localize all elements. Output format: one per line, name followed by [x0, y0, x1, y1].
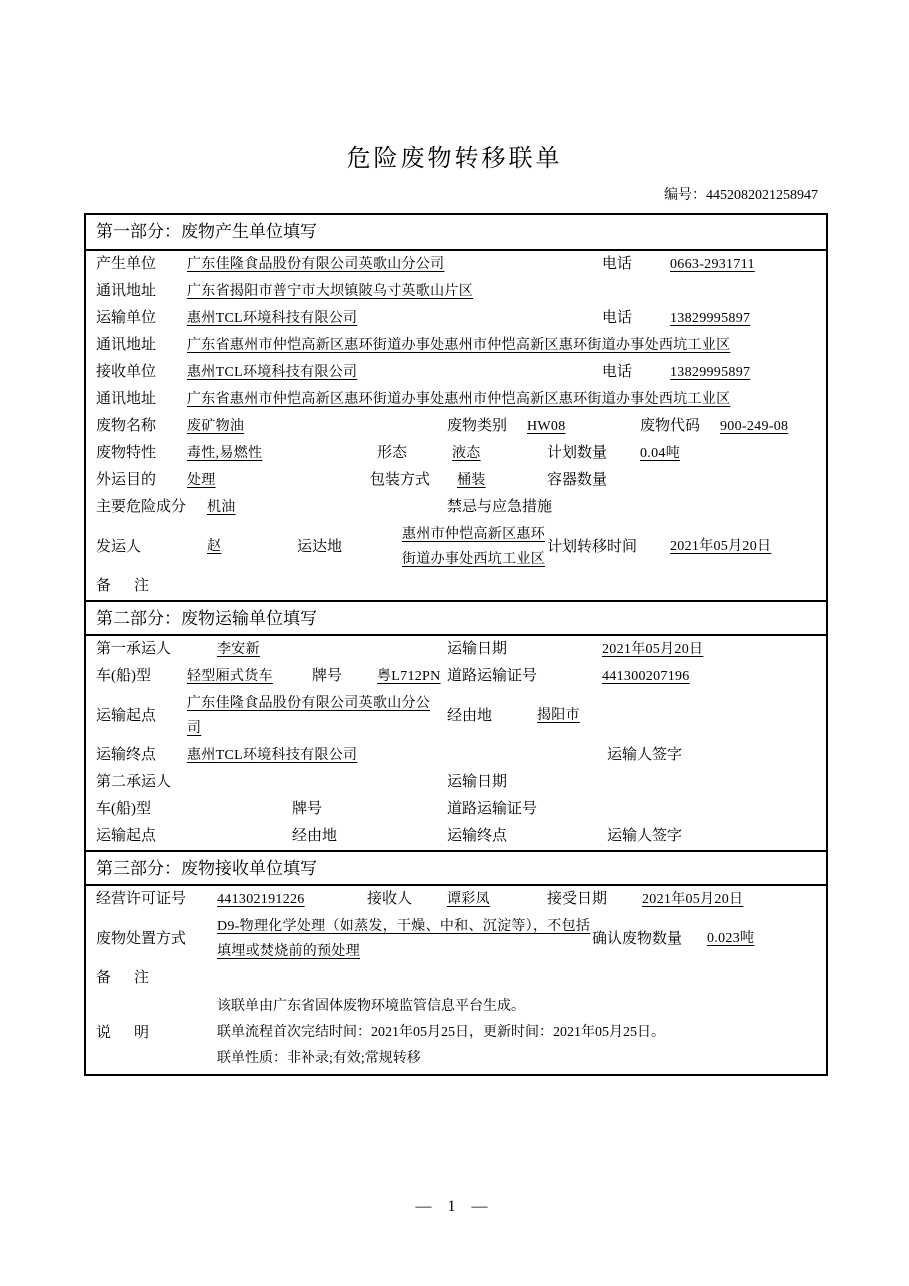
- form-state-label: 形态: [377, 440, 407, 467]
- transporter-address-value: 广东省惠州市仲恺高新区惠环街道办事处惠州市仲恺高新区惠环街道办事处西坑工业区: [187, 332, 730, 359]
- confirmed-quantity-value: 0.023吨: [707, 913, 754, 965]
- form-row: 产生单位 广东佳隆食品股份有限公司英歌山分公司 电话 0663-2931711: [86, 251, 826, 278]
- note-line-1: 该联单由广东省固体废物环境监管信息平台生成。: [217, 994, 525, 1020]
- form-row: 通讯地址 广东省惠州市仲恺高新区惠环街道办事处惠州市仲恺高新区惠环街道办事处西坑…: [86, 332, 826, 359]
- main-hazard-label: 主要危险成分: [96, 494, 186, 521]
- note-label: 明: [134, 992, 149, 1074]
- waste-name-label: 废物名称: [96, 413, 156, 440]
- form-state-value: 液态: [452, 440, 481, 467]
- manifest-table: 第一部分：废物产生单位填写 产生单位 广东佳隆食品股份有限公司英歌山分公司 电话…: [84, 213, 828, 1076]
- note-line-2: 联单流程首次完结时间：2021年05月25日，更新时间：2021年05月25日。: [217, 1020, 665, 1046]
- destination-value: 惠州市仲恺高新区惠环街道办事处西坑工业区: [402, 522, 552, 572]
- transfer-time-value: 2021年05月20日: [670, 521, 771, 573]
- waste-property-label: 废物特性: [96, 440, 156, 467]
- form-row: 第二承运人 运输日期: [86, 769, 826, 796]
- remark-label: 注: [134, 573, 149, 600]
- container-quantity-label: 容器数量: [547, 467, 607, 494]
- receiver-address-label: 通讯地址: [96, 386, 156, 413]
- transporter-address-label: 通讯地址: [96, 332, 156, 359]
- receiver-person-value: 谭彩凤: [447, 886, 490, 913]
- via-1-label: 经由地: [447, 690, 492, 742]
- waste-category-value: HW08: [527, 413, 566, 440]
- form-row: 通讯地址 广东省揭阳市普宁市大坝镇陂乌寸英歌山片区: [86, 278, 826, 305]
- vehicle-type-1-label: 车(船)型: [96, 663, 151, 690]
- producer-address-value: 广东省揭阳市普宁市大坝镇陂乌寸英歌山片区: [187, 278, 473, 305]
- packing-method-value: 桶装: [457, 467, 486, 494]
- receiver-phone-value: 13829995897: [670, 359, 750, 386]
- via-2-label: 经由地: [292, 823, 337, 850]
- via-1-value: 揭阳市: [537, 690, 580, 742]
- terminus-2-label: 运输终点: [447, 823, 507, 850]
- disposal-method-value: D9-物理化学处理（如蒸发，干燥、中和、沉淀等），不包括填埋或焚烧前的预处理: [217, 914, 597, 964]
- receive-date-value: 2021年05月20日: [642, 886, 743, 913]
- form-row: 废物特性 毒性,易燃性 形态 液态 计划数量 0.04吨: [86, 440, 826, 467]
- section-2-header: 第二部分：废物运输单位填写: [86, 600, 826, 636]
- origin-1-value: 广东佳隆食品股份有限公司英歌山分公司: [187, 691, 437, 741]
- note-line-3: 联单性质：非补录;有效;常规转移: [217, 1046, 421, 1072]
- page-title: 危险废物转移联单: [0, 138, 909, 173]
- receive-date-label: 接受日期: [547, 886, 607, 913]
- origin-1-label: 运输起点: [96, 690, 156, 742]
- remark-label: 注: [134, 965, 149, 992]
- form-row: 主要危险成分 机油 禁忌与应急措施: [86, 494, 826, 521]
- transfer-time-label: 计划转移时间: [547, 521, 637, 573]
- form-row: 外运目的 处理 包装方式 桶装 容器数量: [86, 467, 826, 494]
- form-row: 废物名称 废矿物油 废物类别 HW08 废物代码 900-249-08: [86, 413, 826, 440]
- receiver-unit-value: 惠州TCL环境科技有限公司: [187, 359, 357, 386]
- transport-date-2-label: 运输日期: [447, 769, 507, 796]
- second-carrier-label: 第二承运人: [96, 769, 171, 796]
- road-permit-2-label: 道路运输证号: [447, 796, 537, 823]
- form-row: 运输起点 广东佳隆食品股份有限公司英歌山分公司 经由地 揭阳市: [86, 690, 826, 742]
- receiver-unit-label: 接收单位: [96, 359, 156, 386]
- receiver-person-label: 接收人: [367, 886, 412, 913]
- producer-unit-label: 产生单位: [96, 251, 156, 278]
- form-row: 说 明 该联单由广东省固体废物环境监管信息平台生成。 联单流程首次完结时间：20…: [86, 992, 826, 1074]
- plate-number-1-label: 牌号: [312, 663, 342, 690]
- receiver-address-value: 广东省惠州市仲恺高新区惠环街道办事处惠州市仲恺高新区惠环街道办事处西坑工业区: [187, 386, 730, 413]
- outbound-purpose-label: 外运目的: [96, 467, 156, 494]
- remark-label: 备: [96, 965, 111, 992]
- transporter-unit-label: 运输单位: [96, 305, 156, 332]
- form-row: 运输起点 经由地 运输终点 运输人签字: [86, 823, 826, 850]
- producer-phone-label: 电话: [602, 251, 632, 278]
- serial-line: 编号：4452082021258947: [84, 184, 818, 204]
- plate-number-2-label: 牌号: [292, 796, 322, 823]
- first-carrier-value: 李安新: [217, 636, 260, 663]
- transporter-phone-value: 13829995897: [670, 305, 750, 332]
- plate-number-1-value: 粤L712PN: [377, 663, 441, 690]
- shipper-label: 发运人: [96, 521, 141, 573]
- carrier-signature-1-label: 运输人签字: [607, 742, 682, 769]
- main-hazard-value: 机油: [207, 494, 236, 521]
- page-number: — 1 —: [0, 1198, 909, 1216]
- shipper-value: 赵: [207, 521, 221, 573]
- terminus-1-label: 运输终点: [96, 742, 156, 769]
- note-label: 说: [96, 992, 111, 1074]
- serial-label: 编号：: [664, 188, 706, 203]
- road-permit-1-value: 441300207196: [602, 663, 690, 690]
- carrier-signature-2-label: 运输人签字: [607, 823, 682, 850]
- planned-quantity-label: 计划数量: [547, 440, 607, 467]
- form-row: 备 注: [86, 965, 826, 992]
- outbound-purpose-value: 处理: [187, 467, 216, 494]
- waste-category-label: 废物类别: [447, 413, 507, 440]
- waste-code-label: 废物代码: [640, 413, 700, 440]
- confirmed-quantity-label: 确认废物数量: [592, 913, 682, 965]
- section-1-header: 第一部分：废物产生单位填写: [86, 215, 826, 251]
- waste-name-value: 废矿物油: [187, 413, 244, 440]
- emergency-measures-label: 禁忌与应急措施: [447, 494, 552, 521]
- form-row: 运输单位 惠州TCL环境科技有限公司 电话 13829995897: [86, 305, 826, 332]
- planned-quantity-value: 0.04吨: [640, 440, 680, 467]
- terminus-1-value: 惠州TCL环境科技有限公司: [187, 742, 357, 769]
- form-row: 备 注: [86, 573, 826, 600]
- form-row: 经营许可证号 441302191226 接收人 谭彩凤 接受日期 2021年05…: [86, 886, 826, 913]
- receiver-phone-label: 电话: [602, 359, 632, 386]
- license-number-label: 经营许可证号: [96, 886, 186, 913]
- form-row: 通讯地址 广东省惠州市仲恺高新区惠环街道办事处惠州市仲恺高新区惠环街道办事处西坑…: [86, 386, 826, 413]
- transport-date-1-label: 运输日期: [447, 636, 507, 663]
- section-3-header: 第三部分：废物接收单位填写: [86, 850, 826, 886]
- waste-code-value: 900-249-08: [720, 413, 788, 440]
- producer-phone-value: 0663-2931711: [670, 251, 755, 278]
- origin-2-label: 运输起点: [96, 823, 156, 850]
- form-row: 车(船)型 轻型厢式货车 牌号 粤L712PN 道路运输证号 441300207…: [86, 663, 826, 690]
- disposal-method-label: 废物处置方式: [96, 913, 186, 965]
- producer-unit-value: 广东佳隆食品股份有限公司英歌山分公司: [187, 251, 444, 278]
- road-permit-1-label: 道路运输证号: [447, 663, 537, 690]
- form-row: 车(船)型 牌号 道路运输证号: [86, 796, 826, 823]
- waste-property-value: 毒性,易燃性: [187, 440, 262, 467]
- form-row: 接收单位 惠州TCL环境科技有限公司 电话 13829995897: [86, 359, 826, 386]
- form-row: 第一承运人 李安新 运输日期 2021年05月20日: [86, 636, 826, 663]
- transporter-phone-label: 电话: [602, 305, 632, 332]
- transport-date-1-value: 2021年05月20日: [602, 636, 703, 663]
- first-carrier-label: 第一承运人: [96, 636, 171, 663]
- form-row: 运输终点 惠州TCL环境科技有限公司 运输人签字: [86, 742, 826, 769]
- transporter-unit-value: 惠州TCL环境科技有限公司: [187, 305, 357, 332]
- form-row: 废物处置方式 D9-物理化学处理（如蒸发，干燥、中和、沉淀等），不包括填埋或焚烧…: [86, 913, 826, 965]
- serial-number: 4452082021258947: [706, 188, 818, 203]
- packing-method-label: 包装方式: [370, 467, 430, 494]
- vehicle-type-1-value: 轻型厢式货车: [187, 663, 273, 690]
- vehicle-type-2-label: 车(船)型: [96, 796, 151, 823]
- destination-label: 运达地: [297, 521, 342, 573]
- form-row: 发运人 赵 运达地 惠州市仲恺高新区惠环街道办事处西坑工业区 计划转移时间 20…: [86, 521, 826, 573]
- producer-address-label: 通讯地址: [96, 278, 156, 305]
- remark-label: 备: [96, 573, 111, 600]
- license-number-value: 441302191226: [217, 886, 305, 913]
